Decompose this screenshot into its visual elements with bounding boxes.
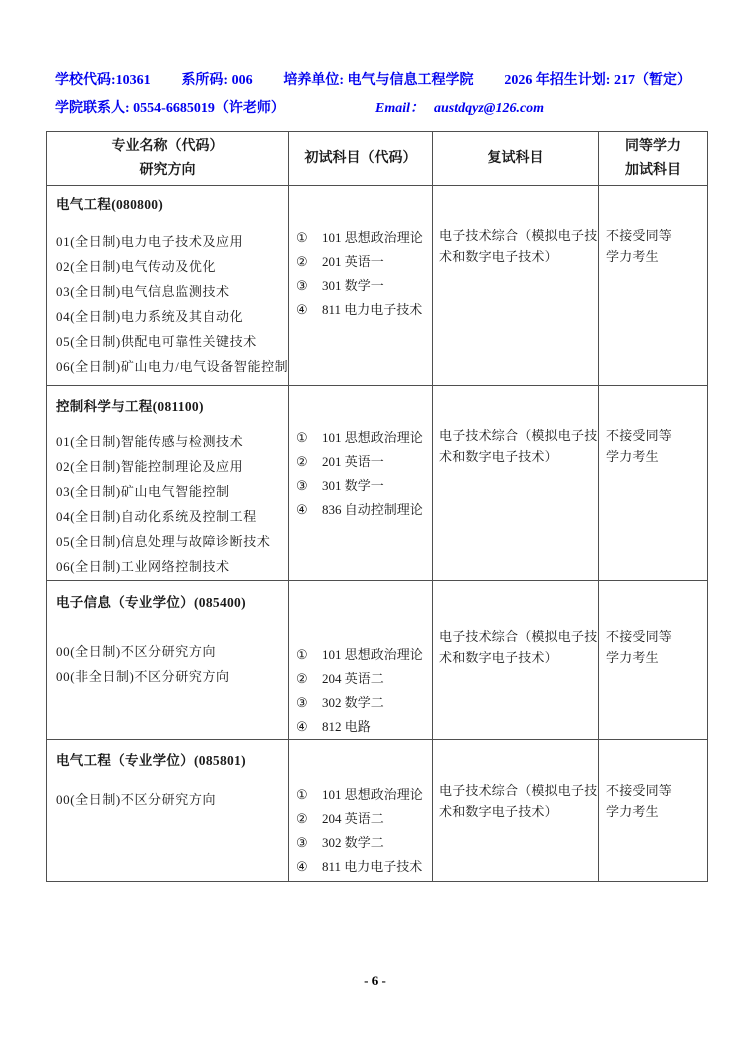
exam-text: 836 自动控制理论 xyxy=(322,498,423,522)
cell-retest: 电子技术综合（模拟电子技术和数字电子技术） xyxy=(433,386,599,581)
exam-text: 201 英语一 xyxy=(322,250,384,274)
research-direction: 02(全日制)电气传动及优化 xyxy=(56,254,282,279)
cell-supplementary: 不接受同等学力考生 xyxy=(599,740,708,882)
exam-text: 301 数学一 xyxy=(322,274,384,298)
exam-item: ④836 自动控制理论 xyxy=(296,498,432,522)
supplementary-note: 不接受同等学力考生 xyxy=(606,225,674,267)
col-header-program: 专业名称（代码） 研究方向 xyxy=(47,132,289,186)
cell-initial-exams: ①101 思想政治理论 ②201 英语一 ③301 数学一 ④836 自动控制理… xyxy=(289,386,433,581)
research-direction: 06(全日制)矿山电力/电气设备智能控制 xyxy=(56,354,282,379)
exam-text: 201 英语一 xyxy=(322,450,384,474)
program-title: 电气工程（专业学位）(085801) xyxy=(56,751,282,771)
research-direction: 04(全日制)电力系统及其自动化 xyxy=(56,304,282,329)
research-direction: 00(全日制)不区分研究方向 xyxy=(56,787,282,812)
exam-text: 301 数学一 xyxy=(322,474,384,498)
exam-number: ④ xyxy=(296,855,322,879)
school-code: 学校代码:10361 xyxy=(55,72,151,90)
col-header-retest: 复试科目 xyxy=(433,132,599,186)
exam-item: ④811 电力电子技术 xyxy=(296,298,432,322)
exam-number: ④ xyxy=(296,298,322,322)
col-header-text: 研究方向 xyxy=(47,159,288,183)
exam-number: ③ xyxy=(296,691,322,715)
research-direction: 04(全日制)自动化系统及控制工程 xyxy=(56,504,282,529)
document-page: { "colors":{ "header_blue":"#0000EE", "b… xyxy=(0,0,750,1060)
header-line-1: 学校代码:10361 系所码: 006 培养单位: 电气与信息工程学院 2026… xyxy=(55,72,691,90)
col-header-text: 加试科目 xyxy=(599,159,707,183)
research-direction: 06(全日制)工业网络控制技术 xyxy=(56,554,282,579)
research-directions: 00(全日制)不区分研究方向 xyxy=(56,787,282,812)
exam-item: ②201 英语一 xyxy=(296,450,432,474)
program-title: 电气工程(080800) xyxy=(56,195,282,215)
cell-initial-exams: ①101 思想政治理论 ②201 英语一 ③301 数学一 ④811 电力电子技… xyxy=(289,186,433,386)
exam-item: ③301 数学一 xyxy=(296,274,432,298)
exam-item: ③301 数学一 xyxy=(296,474,432,498)
research-direction: 03(全日制)电气信息监测技术 xyxy=(56,279,282,304)
exam-item: ③302 数学二 xyxy=(296,831,432,855)
table-header-row: 专业名称（代码） 研究方向 初试科目（代码） 复试科目 同等学力 加试科目 xyxy=(47,132,708,186)
exam-item: ①101 思想政治理论 xyxy=(296,226,432,250)
exam-number: ④ xyxy=(296,715,322,739)
col-header-text: 同等学力 xyxy=(599,135,707,159)
exam-item: ④811 电力电子技术 xyxy=(296,855,432,879)
exam-text: 101 思想政治理论 xyxy=(322,783,423,807)
page-number: - 6 - xyxy=(0,973,750,989)
exam-number: ③ xyxy=(296,831,322,855)
exam-item: ①101 思想政治理论 xyxy=(296,426,432,450)
col-header-initial-exams: 初试科目（代码） xyxy=(289,132,433,186)
research-direction: 01(全日制)电力电子技术及应用 xyxy=(56,229,282,254)
research-direction: 00(全日制)不区分研究方向 xyxy=(56,639,282,664)
research-direction: 05(全日制)信息处理与故障诊断技术 xyxy=(56,529,282,554)
dept-code: 系所码: 006 xyxy=(181,72,252,90)
retest-subject: 电子技术综合（模拟电子技术和数字电子技术） xyxy=(439,626,599,668)
program-title: 电子信息（专业学位）(085400) xyxy=(56,593,282,613)
supplementary-note: 不接受同等学力考生 xyxy=(606,626,674,668)
exam-text: 101 思想政治理论 xyxy=(322,643,423,667)
exam-item: ①101 思想政治理论 xyxy=(296,783,432,807)
research-directions: 00(全日制)不区分研究方向 00(非全日制)不区分研究方向 xyxy=(56,639,282,689)
cell-program: 电气工程（专业学位）(085801) 00(全日制)不区分研究方向 xyxy=(47,740,289,882)
cell-program: 电子信息（专业学位）(085400) 00(全日制)不区分研究方向 00(非全日… xyxy=(47,581,289,740)
email-address: austdqyz@126.com xyxy=(434,101,544,116)
exam-text: 204 英语二 xyxy=(322,667,384,691)
retest-subject: 电子技术综合（模拟电子技术和数字电子技术） xyxy=(439,425,599,467)
research-directions: 01(全日制)智能传感与检测技术 02(全日制)智能控制理论及应用 03(全日制… xyxy=(56,429,282,579)
exam-text: 204 英语二 xyxy=(322,807,384,831)
contact-info: 学院联系人: 0554-6685019（许老师） xyxy=(55,101,285,116)
exam-number: ① xyxy=(296,226,322,250)
supplementary-note: 不接受同等学力考生 xyxy=(606,780,674,822)
cell-retest: 电子技术综合（模拟电子技术和数字电子技术） xyxy=(433,740,599,882)
enrollment-plan: 2026 年招生计划: 217（暂定） xyxy=(504,72,691,90)
exam-item: ④812 电路 xyxy=(296,715,432,739)
cell-supplementary: 不接受同等学力考生 xyxy=(599,581,708,740)
exam-number: ④ xyxy=(296,498,322,522)
exam-text: 811 电力电子技术 xyxy=(322,298,422,322)
research-directions: 01(全日制)电力电子技术及应用 02(全日制)电气传动及优化 03(全日制)电… xyxy=(56,229,282,379)
research-direction: 01(全日制)智能传感与检测技术 xyxy=(56,429,282,454)
exam-text: 101 思想政治理论 xyxy=(322,426,423,450)
col-header-text: 初试科目（代码） xyxy=(289,147,432,171)
col-header-supplementary: 同等学力 加试科目 xyxy=(599,132,708,186)
table-row: 电气工程(080800) 01(全日制)电力电子技术及应用 02(全日制)电气传… xyxy=(47,186,708,386)
exam-number: ② xyxy=(296,250,322,274)
exam-item: ②201 英语一 xyxy=(296,250,432,274)
cell-retest: 电子技术综合（模拟电子技术和数字电子技术） xyxy=(433,581,599,740)
cell-initial-exams: ①101 思想政治理论 ②204 英语二 ③302 数学二 ④811 电力电子技… xyxy=(289,740,433,882)
exam-text: 812 电路 xyxy=(322,715,371,739)
exam-text: 811 电力电子技术 xyxy=(322,855,422,879)
table-row: 电子信息（专业学位）(085400) 00(全日制)不区分研究方向 00(非全日… xyxy=(47,581,708,740)
cell-program: 控制科学与工程(081100) 01(全日制)智能传感与检测技术 02(全日制)… xyxy=(47,386,289,581)
cell-program: 电气工程(080800) 01(全日制)电力电子技术及应用 02(全日制)电气传… xyxy=(47,186,289,386)
exam-number: ② xyxy=(296,807,322,831)
research-direction: 00(非全日制)不区分研究方向 xyxy=(56,664,282,689)
admissions-table: 专业名称（代码） 研究方向 初试科目（代码） 复试科目 同等学力 加试科目 电气… xyxy=(46,131,708,882)
training-unit: 培养单位: 电气与信息工程学院 xyxy=(283,72,473,90)
header-line-2: 学院联系人: 0554-6685019（许老师） Email：austdqyz@… xyxy=(55,100,691,118)
exam-number: ① xyxy=(296,783,322,807)
exam-number: ② xyxy=(296,667,322,691)
cell-retest: 电子技术综合（模拟电子技术和数字电子技术） xyxy=(433,186,599,386)
exam-number: ③ xyxy=(296,274,322,298)
exam-item: ②204 英语二 xyxy=(296,667,432,691)
col-header-text: 专业名称（代码） xyxy=(47,135,288,159)
exam-text: 101 思想政治理论 xyxy=(322,226,423,250)
research-direction: 02(全日制)智能控制理论及应用 xyxy=(56,454,282,479)
table-row: 控制科学与工程(081100) 01(全日制)智能传感与检测技术 02(全日制)… xyxy=(47,386,708,581)
exam-number: ① xyxy=(296,643,322,667)
email-info: Email：austdqyz@126.com xyxy=(375,100,544,118)
exam-number: ① xyxy=(296,426,322,450)
document-header: 学校代码:10361 系所码: 006 培养单位: 电气与信息工程学院 2026… xyxy=(55,72,691,118)
exam-item: ②204 英语二 xyxy=(296,807,432,831)
exam-text: 302 数学二 xyxy=(322,691,384,715)
retest-subject: 电子技术综合（模拟电子技术和数字电子技术） xyxy=(439,780,599,822)
research-direction: 05(全日制)供配电可靠性关键技术 xyxy=(56,329,282,354)
table-row: 电气工程（专业学位）(085801) 00(全日制)不区分研究方向 ①101 思… xyxy=(47,740,708,882)
cell-initial-exams: ①101 思想政治理论 ②204 英语二 ③302 数学二 ④812 电路 xyxy=(289,581,433,740)
research-direction: 03(全日制)矿山电气智能控制 xyxy=(56,479,282,504)
cell-supplementary: 不接受同等学力考生 xyxy=(599,386,708,581)
exam-item: ①101 思想政治理论 xyxy=(296,643,432,667)
email-label: Email： xyxy=(375,101,424,116)
retest-subject: 电子技术综合（模拟电子技术和数字电子技术） xyxy=(439,225,599,267)
exam-item: ③302 数学二 xyxy=(296,691,432,715)
exam-number: ② xyxy=(296,450,322,474)
col-header-text: 复试科目 xyxy=(433,147,598,171)
exam-text: 302 数学二 xyxy=(322,831,384,855)
exam-number: ③ xyxy=(296,474,322,498)
cell-supplementary: 不接受同等学力考生 xyxy=(599,186,708,386)
program-title: 控制科学与工程(081100) xyxy=(56,397,282,417)
supplementary-note: 不接受同等学力考生 xyxy=(606,425,674,467)
